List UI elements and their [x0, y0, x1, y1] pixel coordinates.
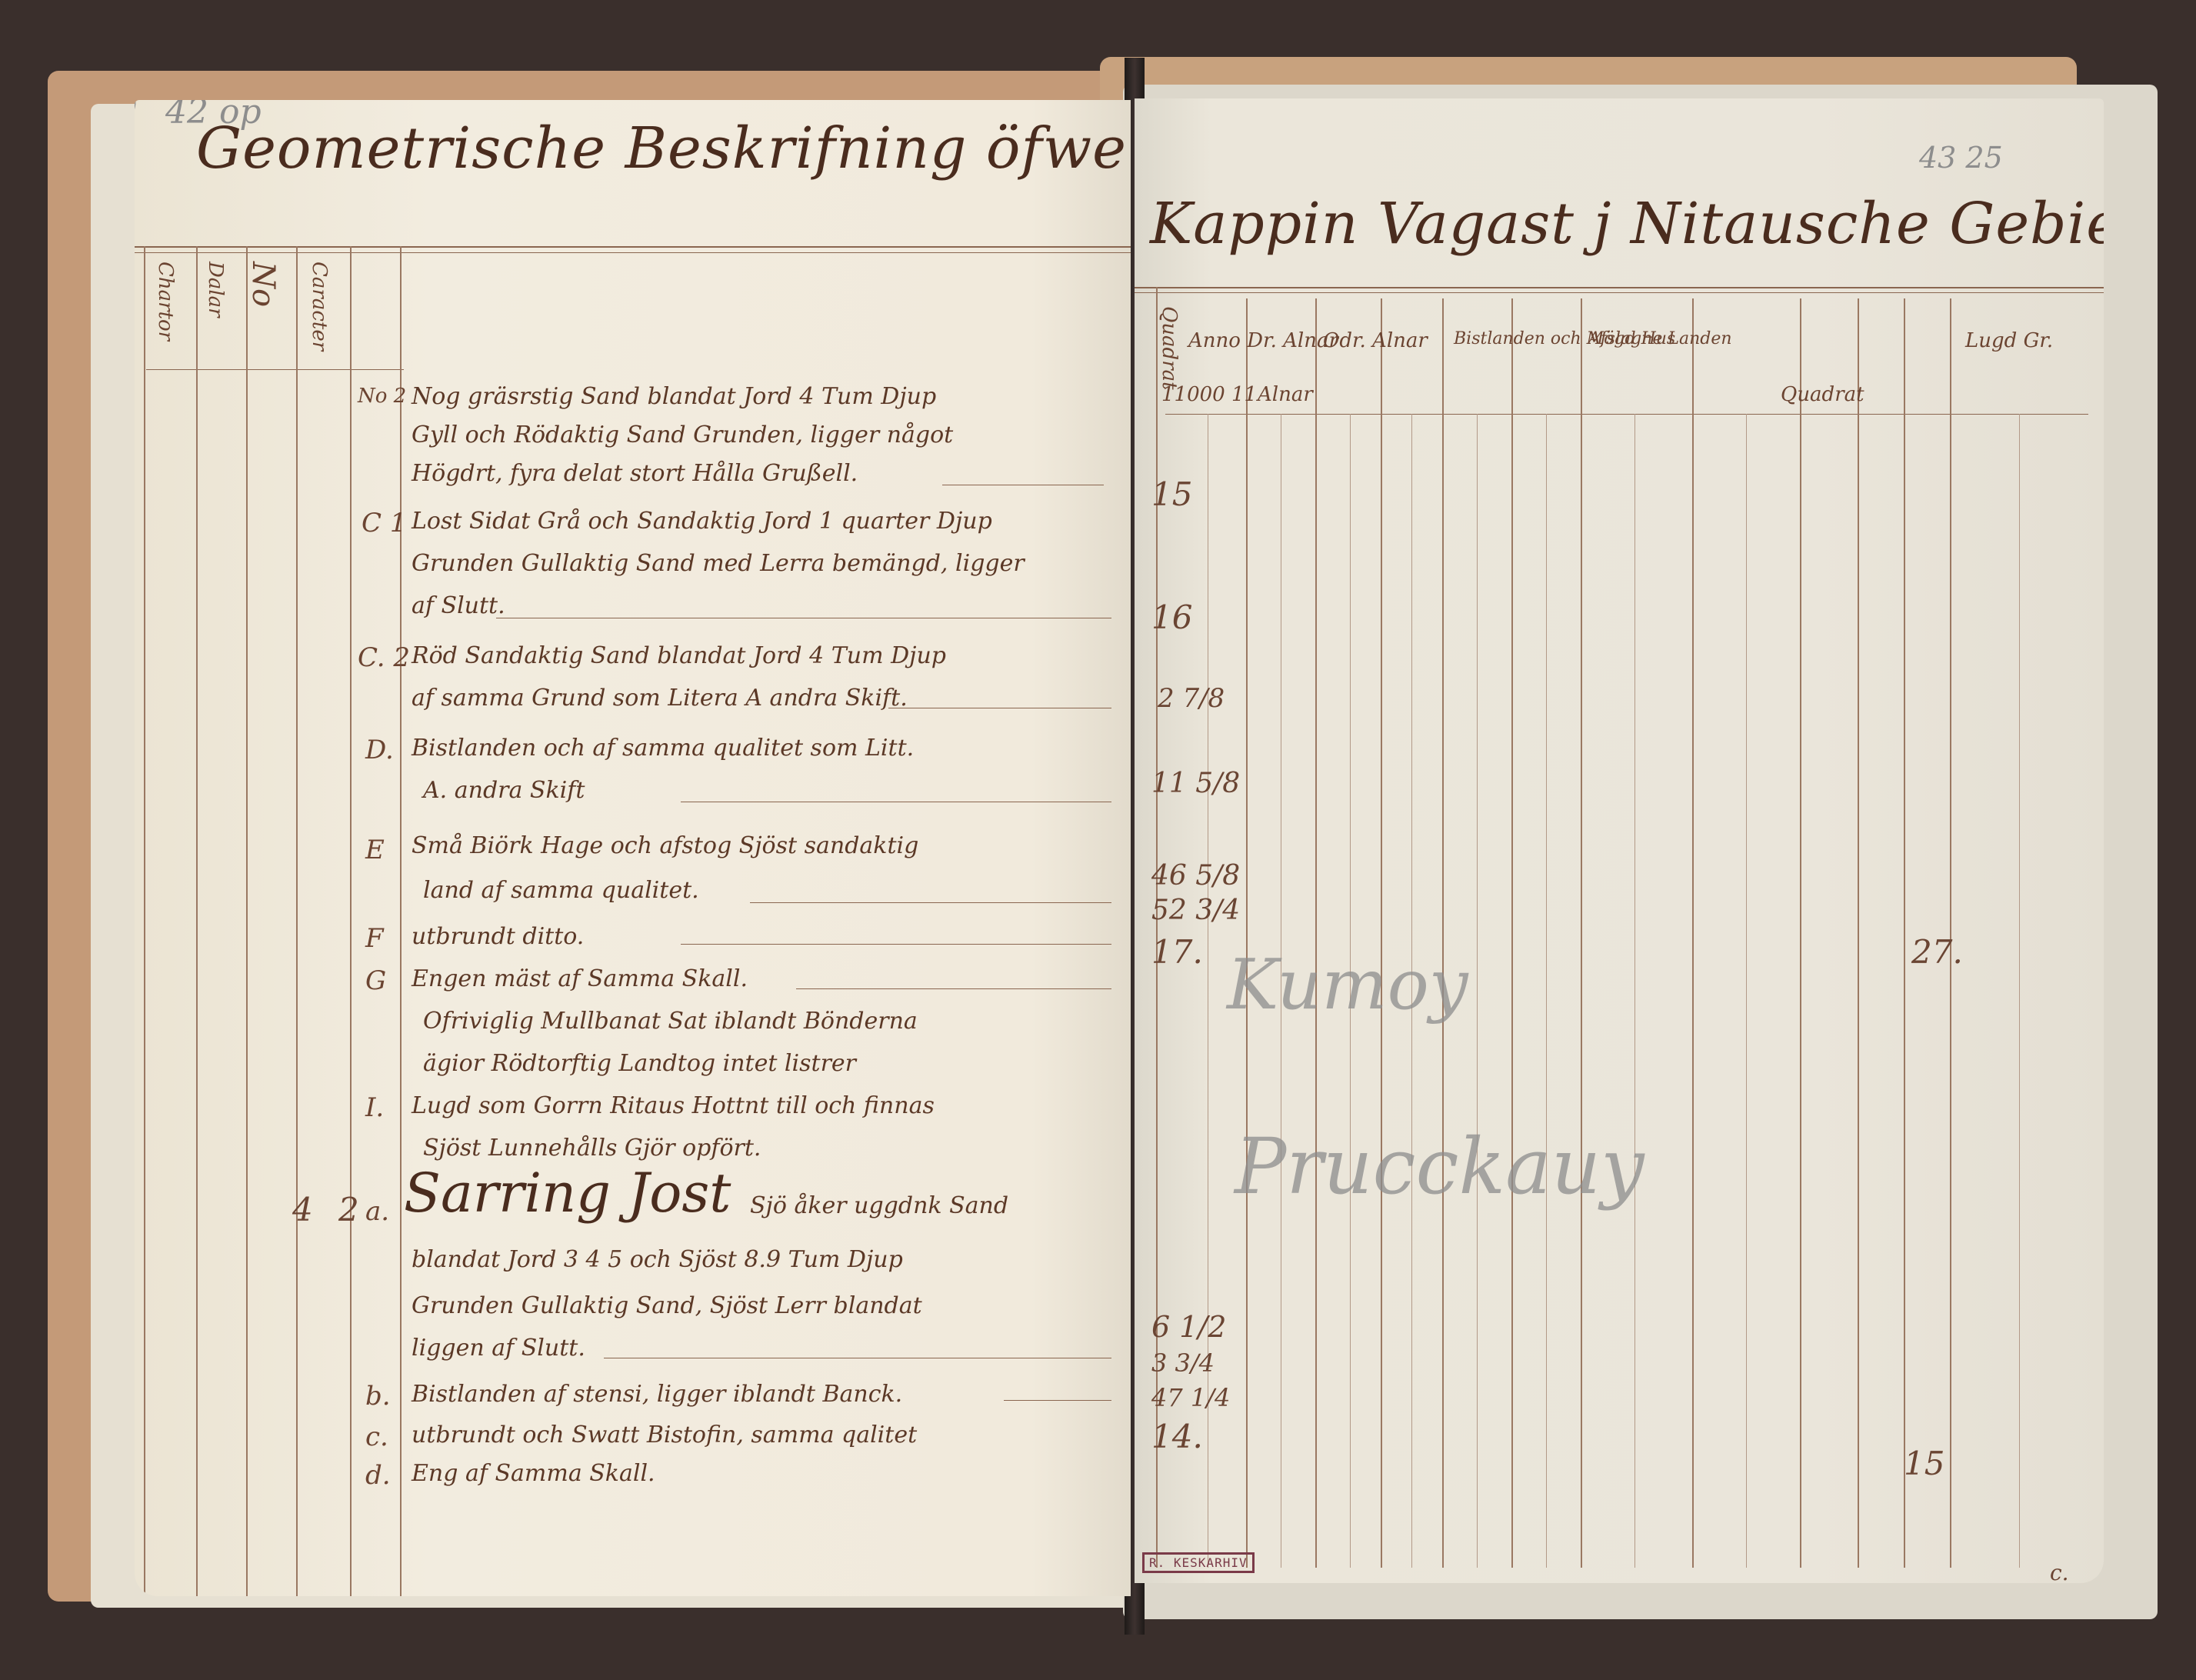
- pencil-margin-mark: 9: [135, 100, 137, 126]
- column-header-quadrat: Quadrat: [1158, 306, 1181, 390]
- entry-line: Grunden Gullaktig Sand med Lerra bemängd…: [412, 550, 1025, 577]
- entry-code: D.: [365, 735, 394, 765]
- area-value: 2 7/8: [1158, 683, 1225, 714]
- entry-line: Små Biörk Hage och afstog Sjöst sandakti…: [412, 832, 918, 859]
- area-value: 14.: [1151, 1418, 1203, 1455]
- column-header-no: No: [245, 262, 281, 307]
- pencil-folio-number: 43 25: [1919, 141, 2003, 175]
- column-rule: [1692, 298, 1694, 1568]
- area-value: 46 5/8: [1151, 860, 1240, 892]
- area-value: 11 5/8: [1151, 768, 1240, 799]
- archive-stamp: R. KESKARHIV: [1142, 1552, 1255, 1573]
- section-heading: Sarring Jost: [404, 1162, 731, 1225]
- column-rule: [196, 246, 198, 1596]
- right-page: 43 25 Kappin Vagast j Nitausche Gebiet. …: [1135, 98, 2104, 1583]
- area-value: 47 1/4: [1151, 1383, 1230, 1412]
- header-rule-thin: [1135, 292, 2104, 293]
- section-dale-number: 2: [338, 1191, 359, 1228]
- lugd-value: 15: [1904, 1445, 1944, 1482]
- column-rule: [1442, 298, 1444, 1568]
- entry-separator: [1004, 1400, 1111, 1401]
- column-rule: [144, 246, 145, 1596]
- entry-line: liggen af Slutt.: [412, 1335, 585, 1362]
- entry-line: A. andra Skift: [423, 777, 585, 804]
- column-header-afslagne: Afslagne Landen: [1588, 329, 1732, 348]
- entry-line: Lost Sidat Grå och Sandaktig Jord 1 quar…: [412, 508, 992, 535]
- lugd-value: 27.: [1911, 933, 1963, 971]
- entry-line: blandat Jord 3 4 5 och Sjöst 8.9 Tum Dju…: [412, 1246, 903, 1273]
- entry-code: c.: [365, 1422, 388, 1452]
- column-rule: [1800, 298, 1801, 1568]
- entry-code: F: [365, 923, 384, 954]
- entry-separator: [604, 1358, 1111, 1358]
- header-rule: [1135, 287, 2104, 288]
- entry-code: C 1: [362, 508, 406, 538]
- entry-line: Bistlanden af stensi, ligger iblandt Ban…: [412, 1381, 902, 1408]
- entry-code: E: [365, 835, 385, 865]
- entry-separator: [681, 802, 1111, 802]
- column-subrule: [1635, 414, 1635, 1568]
- entry-separator: [496, 618, 1111, 618]
- first-row-quadrat-right: Quadrat: [1781, 383, 1864, 406]
- area-value: 52 3/4: [1151, 895, 1240, 926]
- page-title-left: Geometrische Beskrifning öfwer: [196, 115, 1131, 182]
- column-subrule: [1477, 414, 1478, 1568]
- entry-line: utbrundt och Swatt Bistofin, samma qalit…: [412, 1422, 917, 1448]
- entry-line: Sjöst Lunnehålls Gjör opfört.: [423, 1135, 761, 1162]
- first-row-alnar: Alnar: [1258, 383, 1313, 406]
- column-header-dalar: Dalar: [204, 262, 227, 318]
- entry-line: Gyll och Rödaktig Sand Grunden, ligger n…: [412, 422, 953, 448]
- left-page: 9 42 op Geometrische Beskrifning öfwer C…: [135, 100, 1131, 1596]
- column-header-caracter: Caracter: [308, 262, 331, 351]
- area-value: 16: [1151, 598, 1192, 636]
- entry-code: d.: [365, 1460, 391, 1491]
- entry-line: Sjö åker uggdnk Sand: [750, 1192, 1008, 1219]
- entry-code: b.: [365, 1381, 391, 1412]
- area-value: 6 1/2: [1151, 1310, 1226, 1344]
- column-subrule: [2019, 414, 2020, 1568]
- entry-line: utbrundt ditto.: [412, 923, 584, 950]
- column-header-chartor: Chartor: [154, 262, 177, 341]
- column-rule: [1246, 298, 1248, 1568]
- area-value: 17.: [1151, 933, 1203, 971]
- entry-code: C. 2: [358, 642, 410, 673]
- entry-line: ägior Rödtorftig Landtog intet listrer: [423, 1050, 856, 1077]
- area-value: 3 3/4: [1151, 1348, 1215, 1378]
- entry-line: Grunden Gullaktig Sand, Sjöst Lerr bland…: [412, 1292, 922, 1319]
- column-rule: [1858, 298, 1859, 1568]
- column-rule: [350, 246, 352, 1596]
- column-header-anno: Anno Dr. Alnar: [1188, 329, 1338, 352]
- column-rule: [400, 246, 402, 1596]
- entry-separator: [942, 485, 1104, 485]
- column-rule: [1511, 298, 1513, 1568]
- column-header-lugd: Lugd Gr.: [1965, 329, 2053, 352]
- entry-line: land af samma qualitet.: [423, 877, 699, 904]
- column-rule: [1904, 298, 1905, 1568]
- entry-line: Eng af Samma Skall.: [412, 1460, 655, 1487]
- entry-code: I.: [365, 1092, 384, 1123]
- section-chart-number: 4: [292, 1191, 313, 1228]
- entry-separator: [796, 988, 1111, 989]
- entry-line: Ofriviglig Mullbanat Sat iblandt Böndern…: [423, 1008, 918, 1035]
- column-rule: [1381, 298, 1382, 1568]
- entry-line: Högdrt, fyra delat stort Hålla Grußell.: [412, 460, 858, 487]
- column-subrule: [1746, 414, 1747, 1568]
- entry-line: Röd Sandaktig Sand blandat Jord 4 Tum Dj…: [412, 642, 946, 669]
- entry-line: Lugd som Gorrn Ritaus Hottnt till och fi…: [412, 1092, 935, 1119]
- column-rule: [1315, 298, 1317, 1568]
- entry-line: Engen mäst af Samma Skall.: [412, 965, 748, 992]
- corner-mark: c.: [2050, 1560, 2069, 1583]
- first-row-quadrat: 11000 11: [1161, 383, 1257, 406]
- entry-separator: [681, 944, 1111, 945]
- column-header-rule: [146, 369, 404, 370]
- entry-code: a.: [365, 1196, 389, 1227]
- header-rule: [135, 246, 1131, 248]
- entry-line: af Slutt.: [412, 592, 505, 619]
- entry-line: Bistlanden och af samma qualitet som Lit…: [412, 735, 914, 762]
- entry-separator: [888, 708, 1111, 708]
- header-rule-thin: [135, 252, 1131, 253]
- pencil-note: Prucckauy: [1235, 1122, 1645, 1212]
- column-header-odr: Odr. Alnar: [1323, 329, 1428, 352]
- entry-separator: [750, 902, 1111, 903]
- entry-line: af samma Grund som Litera A andra Skift.: [412, 685, 908, 712]
- column-rule: [1581, 298, 1582, 1568]
- entry-code: G: [365, 965, 386, 996]
- column-subrule: [1546, 414, 1547, 1568]
- page-title-right: Kappin Vagast j Nitausche Gebiet.: [1150, 191, 2104, 257]
- column-rule: [246, 246, 248, 1596]
- entry-code: No 2: [358, 385, 406, 408]
- column-rule: [296, 246, 298, 1596]
- area-value: 15: [1151, 475, 1192, 513]
- entry-line: Nog gräsrstig Sand blandat Jord 4 Tum Dj…: [412, 383, 936, 410]
- pencil-note: Kumoy: [1227, 945, 1468, 1025]
